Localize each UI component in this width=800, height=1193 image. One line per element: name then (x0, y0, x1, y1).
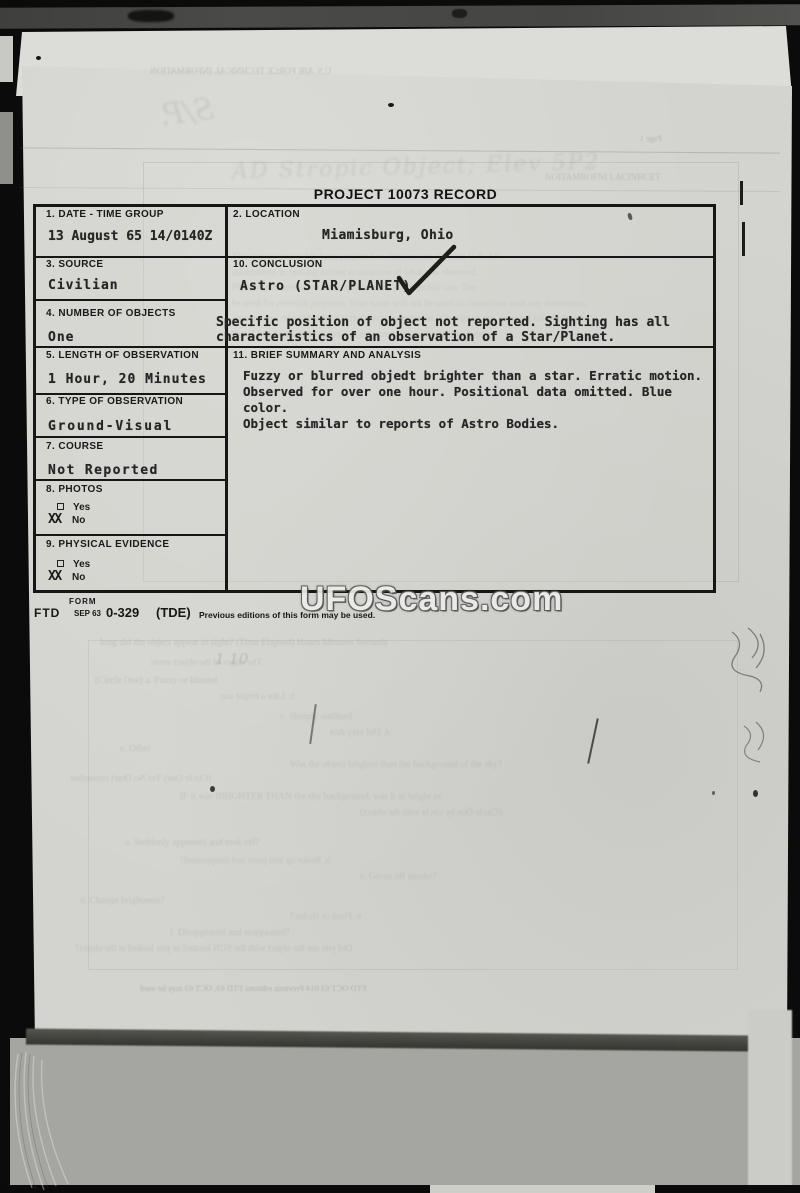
field-label-conclusion: 10. CONCLUSION (233, 260, 323, 270)
showthrough-line: e. Other (120, 744, 151, 754)
showthrough-line: (Circle One) a. Fuzzy or blurred (95, 676, 217, 686)
photos-no-xx-mark: XX (48, 513, 61, 526)
showthrough-line: a. Suddenly appeared and took off? (125, 838, 259, 848)
scan-bottom-edge-light (430, 1185, 655, 1193)
showthrough-line: d. Change brightness? (80, 896, 164, 906)
photos-yes-label: Yes (73, 503, 90, 513)
showthrough-questionnaire: long did the object appear in sight? (Ti… (40, 628, 764, 1008)
table-row-divider (36, 393, 227, 395)
field-label-course: 7. COURSE (46, 442, 104, 452)
showthrough-footer-mirrored: FTD OCT 63 014 Previous editions FTD 63,… (140, 983, 367, 993)
surface-below-page (10, 1038, 800, 1193)
handwritten-showthrough-note: S/P. (158, 95, 216, 131)
ink-speck (753, 790, 758, 797)
scan-bottom-edge (0, 1185, 800, 1193)
showthrough-line: Did you see the object with the SUN loca… (75, 944, 353, 954)
field-label-brief-summary: 11. BRIEF SUMMARY AND ANALYSIS (233, 351, 421, 361)
paper-edge-tab (0, 112, 13, 184)
table-row-divider (36, 256, 713, 258)
footer-form-suffix: (TDE) (156, 605, 191, 620)
stray-pen-dash (740, 181, 743, 205)
table-row-divider (36, 534, 227, 536)
paper-edge-tab (0, 36, 13, 82)
photos-yes-checkbox-icon (57, 503, 64, 510)
ink-smudge (452, 9, 467, 18)
footer-agency: FTD (34, 606, 60, 620)
showthrough-line: (Circle One) Yes No Don't remember (70, 774, 212, 784)
evidence-no-xx-mark: XX (48, 570, 61, 583)
evidence-no-label: No (72, 573, 85, 583)
summary-line: Object similar to reports of Astro Bodie… (243, 418, 559, 431)
field-value-conclusion: Astro (STAR/PLANET) (240, 280, 412, 295)
ink-scribble (740, 720, 778, 768)
showthrough-line: f. Disappeared and reappeared? (170, 928, 290, 938)
showthrough-line: IF it was BRIGHTER THAN the sky backgrou… (180, 792, 441, 802)
ink-scribble (726, 624, 778, 694)
showthrough-line: b. Like a bright star (220, 692, 295, 702)
evidence-yes-label: Yes (73, 560, 90, 570)
ink-speck (210, 786, 215, 792)
footer-form-word: FORM (69, 597, 97, 606)
footer-form-date: SEP 63 (74, 609, 101, 618)
summary-line: Fuzzy or blurred objedt brighter than a … (243, 370, 702, 383)
summary-line: Observed for over one hour. Positional d… (243, 386, 672, 399)
ink-speck (388, 103, 394, 107)
field-value-length-of-observation: 1 Hour, 20 Minutes (48, 373, 207, 388)
footer-form-number: 0-329 (106, 605, 139, 620)
field-label-date-time-group: 1. DATE - TIME GROUP (46, 210, 164, 220)
conclusion-note-line: Specific position of object not reported… (216, 316, 670, 331)
showthrough-line: (Circle One by circle with the object) (360, 808, 502, 818)
evidence-yes-checkbox-icon (57, 560, 64, 567)
next-page-corner (748, 1010, 792, 1188)
field-label-location: 2. LOCATION (233, 210, 300, 220)
table-row-divider (36, 346, 713, 348)
photos-no-label: No (72, 516, 85, 526)
ufoscans-watermark: UFOScans.com (300, 582, 563, 616)
field-label-photos: 8. PHOTOS (46, 485, 103, 495)
showthrough-line: b. Broke up into parts and disappeared? (180, 856, 331, 866)
ink-smudge (128, 10, 174, 22)
showthrough-line: Was the object brighter than the backgro… (290, 760, 502, 770)
showthrough-page-number: Page 1 (640, 134, 662, 143)
showthrough-line: c. Sharply outlined (280, 712, 352, 722)
field-label-source: 3. SOURCE (46, 260, 104, 270)
showthrough-line: long did the object appear in sight? (Ti… (100, 638, 388, 648)
showthrough-line: e. Flash or flicker? (290, 912, 361, 922)
field-value-date-time-group: 13 August 65 14/0140Z (48, 230, 212, 245)
scan-top-edge-bar (0, 4, 800, 28)
form-title: PROJECT 10073 RECORD (33, 186, 716, 202)
table-row-divider (36, 436, 227, 438)
field-value-course: Not Reported (48, 464, 159, 479)
field-value-type-of-observation: Ground-Visual (48, 420, 173, 435)
ink-speck (712, 791, 715, 795)
field-value-source: Civilian (48, 279, 119, 294)
handwritten-showthrough-numbers: 1 10 (215, 650, 248, 668)
table-row-divider (36, 299, 227, 301)
field-label-number-of-objects: 4. NUMBER OF OBJECTS (46, 309, 176, 319)
summary-line: color. (243, 402, 288, 415)
field-value-number-of-objects: One (48, 331, 74, 346)
conclusion-note-line: characteristics of an observation of a S… (216, 331, 615, 346)
table-column-divider (225, 207, 228, 590)
stray-pen-dash (742, 222, 745, 256)
showthrough-line: NOITAMROFNI LACINHCET (545, 172, 661, 182)
field-label-length-of-observation: 5. LENGTH OF OBSERVATION (46, 351, 199, 361)
ink-speck (36, 56, 41, 60)
showthrough-line: U.S. AIR FORCE TECHNICAL INFORMATION (150, 66, 332, 76)
showthrough-line: c. Given off smoke? (360, 872, 437, 882)
showthrough-line: d. Did very thin (330, 728, 390, 738)
scanned-document-page: S/P. AD Stropic Object; Elev 5P2 Page 1 … (0, 0, 800, 1193)
field-label-physical-evidence: 9. PHYSICAL EVIDENCE (46, 540, 169, 550)
paper-crease-marks (4, 1048, 84, 1193)
field-label-type-of-observation: 6. TYPE OF OBSERVATION (46, 397, 183, 407)
table-row-divider (36, 479, 227, 481)
handwritten-checkmark-icon (394, 240, 466, 306)
